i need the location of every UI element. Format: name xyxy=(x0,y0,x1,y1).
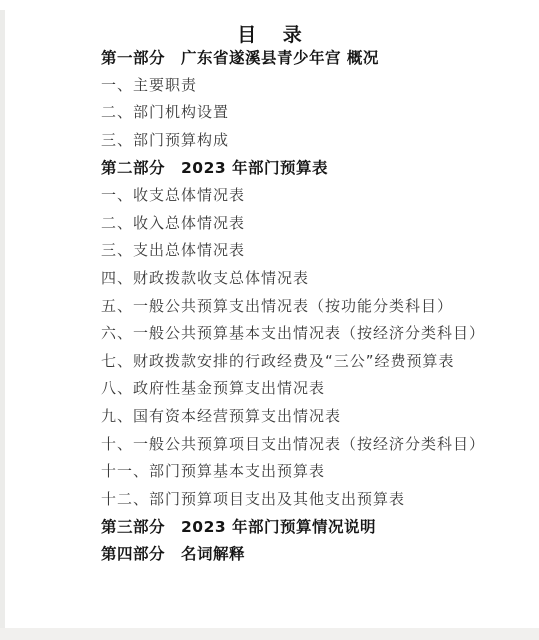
toc-entry: 十二、部门预算项目支出及其他支出预算表 xyxy=(101,485,531,513)
toc-entry: 九、国有资本经营预算支出情况表 xyxy=(101,402,531,430)
toc-entry: 五、一般公共预算支出情况表（按功能分类科目） xyxy=(101,291,531,319)
toc-entry: 二、部门机构设置 xyxy=(101,98,531,126)
toc-section-heading: 第二部分 2023 年部门预算表 xyxy=(101,153,531,181)
scan-edge-bottom xyxy=(0,628,539,640)
document-page: 目 录 第一部分 广东省遂溪县青少年宫 概况一、主要职责二、部门机构设置三、部门… xyxy=(0,0,539,640)
scan-edge-left xyxy=(0,10,5,640)
toc-entry: 二、收入总体情况表 xyxy=(101,209,531,237)
toc-section-heading: 第四部分 名词解释 xyxy=(101,540,531,568)
toc-entry: 一、收支总体情况表 xyxy=(101,181,531,209)
toc-entry: 八、政府性基金预算支出情况表 xyxy=(101,374,531,402)
toc-entry: 一、主要职责 xyxy=(101,71,531,99)
toc-section-heading: 第一部分 广东省遂溪县青少年宫 概况 xyxy=(101,43,531,71)
toc-entry: 六、一般公共预算基本支出情况表（按经济分类科目） xyxy=(101,319,531,347)
toc-entry: 十、一般公共预算项目支出情况表（按经济分类科目） xyxy=(101,429,531,457)
toc-list: 第一部分 广东省遂溪县青少年宫 概况一、主要职责二、部门机构设置三、部门预算构成… xyxy=(101,43,531,567)
toc-entry: 三、部门预算构成 xyxy=(101,126,531,154)
toc-entry: 七、财政拨款安排的行政经费及“三公”经费预算表 xyxy=(101,347,531,375)
toc-section-heading: 第三部分 2023 年部门预算情况说明 xyxy=(101,512,531,540)
toc-entry: 四、财政拨款收支总体情况表 xyxy=(101,264,531,292)
toc-entry: 十一、部门预算基本支出预算表 xyxy=(101,457,531,485)
toc-entry: 三、支出总体情况表 xyxy=(101,236,531,264)
